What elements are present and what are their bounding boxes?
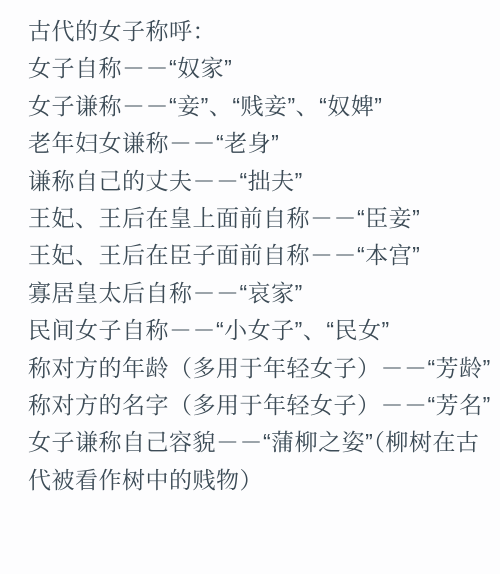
appellation-entry-appearance: 女子谦称自己容貌－－“蒲柳之姿”（柳树在古代被看作树中的贱物）: [28, 424, 496, 499]
page-title: 古代的女子称呼：: [28, 13, 496, 50]
appellation-entry-husband: 谦称自己的丈夫－－“拙夫”: [28, 163, 496, 200]
appellation-entry-dowager: 寡居皇太后自称－－“哀家”: [28, 275, 496, 312]
appellation-entry-consort-before-ministers: 王妃、王后在臣子面前自称－－“本宫”: [28, 237, 496, 274]
appellation-entry-name: 称对方的名字（多用于年轻女子）－－“芳名”: [28, 387, 496, 424]
appellation-entry-consort-before-emperor: 王妃、王后在皇上面前自称－－“臣妾”: [28, 200, 496, 237]
appellation-entry-self: 女子自称－－“奴家”: [28, 50, 496, 87]
appellation-entry-elderly: 老年妇女谦称－－“老身”: [28, 125, 496, 162]
appellation-entry-humble: 女子谦称－－“妾”、“贱妾”、“奴婢”: [28, 88, 496, 125]
article: 古代的女子称呼： 女子自称－－“奴家” 女子谦称－－“妾”、“贱妾”、“奴婢” …: [0, 0, 500, 574]
appellation-entry-commoner: 民间女子自称－－“小女子”、“民女”: [28, 312, 496, 349]
appellation-entry-age: 称对方的年龄（多用于年轻女子）－－“芳龄”: [28, 350, 496, 387]
